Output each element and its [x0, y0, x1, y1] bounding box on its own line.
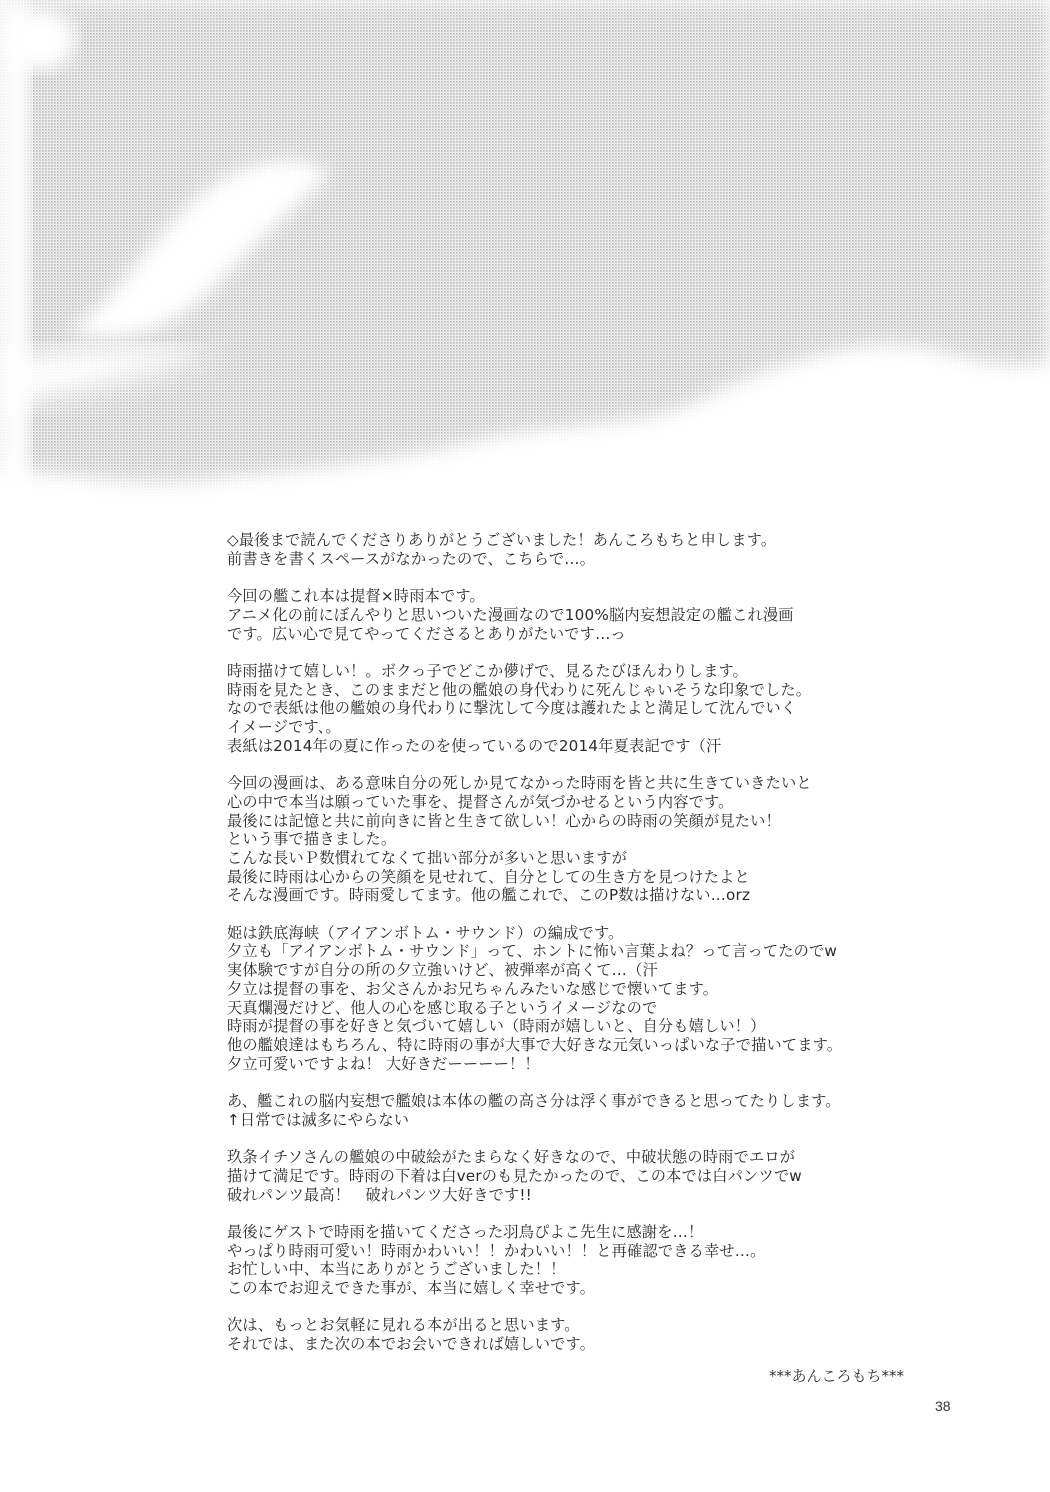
sky-cloud-illustration — [0, 0, 1050, 520]
text-line: 時雨を見たとき、このままだと他の艦娘の身代わりに死んじゃいそうな印象でした。 — [227, 681, 987, 700]
text-line: 他の艦娘達はもちろん、特に時雨の事が大事で大好きな元気いっぱいな子で描いてます。 — [227, 1036, 987, 1055]
text-line: お忙しい中、本当にありがとうございました！！ — [227, 1260, 987, 1279]
text-line: です。広い心で見てやってくださるとありがたいです…っ — [227, 625, 987, 644]
text-line: アニメ化の前にぼんやりと思いついた漫画なので100%脳内妄想設定の艦これ漫画 — [227, 606, 987, 625]
cloud-artwork — [0, 0, 1050, 520]
text-line: 姫は鉄底海峡（アイアンボトム・サウンド）の編成です。 — [227, 924, 987, 943]
paragraph-shigure: 時雨描けて嬉しい！。ボクっ子でどこか儚げで、見るたびほんわりします。 時雨を見た… — [227, 662, 987, 756]
paragraph-book-intro: 今回の艦これ本は提督×時雨本です。 アニメ化の前にぼんやりと思いついた漫画なので… — [227, 587, 987, 643]
text-line: イメージです、。 — [227, 718, 987, 737]
paragraph-closing: 次は、もっとお気軽に見れる本が出ると思います。 それでは、また次の本でお会いでき… — [227, 1316, 987, 1353]
text-line: ◇最後まで読んでくださりありがとうございました！あんころもちと申します。 — [227, 531, 987, 550]
text-line: 描けて満足です。時雨の下着は白verのも見たかったので、この本では白パンツでw — [227, 1167, 987, 1186]
paragraph-story: 今回の漫画は、ある意味自分の死しか見てなかった時雨を皆と共に生きていきたいと 心… — [227, 774, 987, 905]
text-line: この本でお迎えできた事が、本当に嬉しく幸せです。 — [227, 1279, 987, 1298]
text-line: なので表紙は他の艦娘の身代わりに撃沈して今度は護れたよと満足して沈んでいく — [227, 699, 987, 718]
paragraph-thanks-guest: 最後にゲストで時雨を描いてくださった羽鳥ぴよこ先生に感謝を…！ やっぱり時雨可愛… — [227, 1223, 987, 1298]
text-line: 最後には記憶と共に前向きに皆と生きて欲しい！心からの時雨の笑顔が見たい！ — [227, 812, 987, 831]
paragraph-headcanon: あ、艦これの脳内妄想で艦娘は本体の艦の高さ分は浮く事ができると思ってたりします。… — [227, 1092, 987, 1129]
text-line: それでは、また次の本でお会いできれば嬉しいです。 — [227, 1335, 987, 1354]
text-line: 今回の艦これ本は提督×時雨本です。 — [227, 587, 987, 606]
text-line: 最後にゲストで時雨を描いてくださった羽鳥ぴよこ先生に感謝を…！ — [227, 1223, 987, 1242]
text-line: 表紙は2014年の夏に作ったのを使っているので2014年夏表記です（汗 — [227, 737, 987, 756]
text-line: 時雨が提督の事を好きと気づいて嬉しい（時雨が嬉しいと、自分も嬉しい！） — [227, 1017, 987, 1036]
text-line: 実体験ですが自分の所の夕立強いけど、被弾率が高くて…（汗 — [227, 961, 987, 980]
text-line: 夕立可愛いですよね！ 大好きだーーーー！！ — [227, 1055, 987, 1074]
text-line: 今回の漫画は、ある意味自分の死しか見てなかった時雨を皆と共に生きていきたいと — [227, 774, 987, 793]
text-line: ↑日常では滅多にやらない — [227, 1111, 987, 1130]
text-line: こんな長いＰ数慣れてなくて拙い部分が多いと思いますが — [227, 849, 987, 868]
page-number: 38 — [935, 1398, 951, 1414]
paragraph-artwork-note: 玖条イチソさんの艦娘の中破絵がたまらなく好きなので、中破状態の時雨でエロが 描け… — [227, 1148, 987, 1204]
text-line: 天真爛漫だけど、他人の心を感じ取る子というイメージなので — [227, 999, 987, 1018]
author-signature: ***あんころもち*** — [769, 1365, 904, 1386]
text-line: 心の中で本当は願っていた事を、提督さんが気づかせるという内容です。 — [227, 793, 987, 812]
text-line: という事で描きました。 — [227, 830, 987, 849]
text-line: 夕立も「アイアンボトム・サウンド」って、ホントに怖い言葉よね？って言ってたのでw — [227, 942, 987, 961]
text-line: そんな漫画です。時雨愛してます。他の艦これで、このP数は描けない…orz — [227, 886, 987, 905]
text-line: 破れパンツ最高！ 破れパンツ大好きです!! — [227, 1186, 987, 1205]
afterword-text: ◇最後まで読んでくださりありがとうございました！あんころもちと申します。 前書き… — [227, 531, 987, 1354]
text-line: 前書きを書くスペースがなかったので、こちらで…。 — [227, 550, 987, 569]
text-line: 次は、もっとお気軽に見れる本が出ると思います。 — [227, 1316, 987, 1335]
text-line: やっぱり時雨可愛い！時雨かわいい！！かわいい！！と再確認できる幸せ…。 — [227, 1242, 987, 1261]
text-line: 最後に時雨は心からの笑顔を見せれて、自分としての生き方を見つけたよと — [227, 868, 987, 887]
text-line: 玖条イチソさんの艦娘の中破絵がたまらなく好きなので、中破状態の時雨でエロが — [227, 1148, 987, 1167]
text-line: あ、艦これの脳内妄想で艦娘は本体の艦の高さ分は浮く事ができると思ってたりします。 — [227, 1092, 987, 1111]
paragraph-greeting: ◇最後まで読んでくださりありがとうございました！あんころもちと申します。 前書き… — [227, 531, 987, 568]
paragraph-yuudachi: 姫は鉄底海峡（アイアンボトム・サウンド）の編成です。 夕立も「アイアンボトム・サ… — [227, 924, 987, 1074]
text-line: 夕立は提督の事を、お父さんかお兄ちゃんみたいな感じで懐いてます。 — [227, 980, 987, 999]
text-line: 時雨描けて嬉しい！。ボクっ子でどこか儚げで、見るたびほんわりします。 — [227, 662, 987, 681]
